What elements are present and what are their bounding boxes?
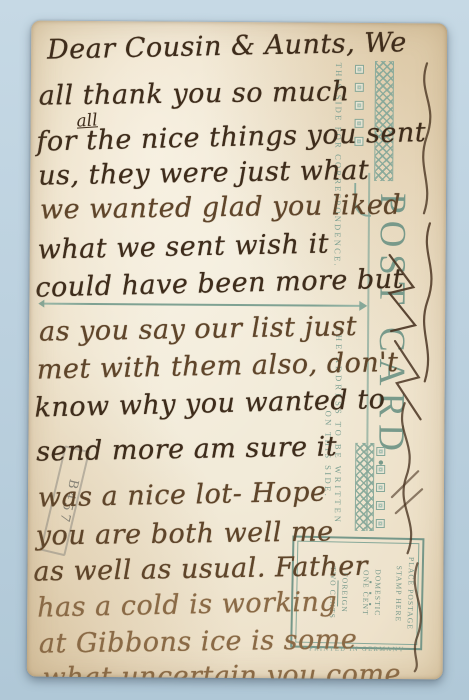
handwriting-line: as well as usual. Father [33,551,368,588]
handwriting-line: as you say our list just [39,311,357,348]
handwriting-line: what we sent wish it [37,229,329,266]
handwriting-line: send more am sure it [36,431,337,467]
postcard: POST CARD. THIS SIDE FOR CORRESPONDENCE.… [27,21,448,680]
handwriting-inserted-word: all [76,110,98,131]
handwriting-line: was a nice lot- Hope [38,477,327,514]
handwriting-line: we wanted glad you liked [40,190,402,226]
handwriting-line: has a cold is working [37,586,338,623]
handwriting-line: met with them also, don't [37,347,399,386]
handwriting-line: at Gibbons ice is some [39,624,358,659]
margin-handwriting-scribble [371,41,447,673]
handwriting-line: all thank you so much [39,76,350,111]
handwriting-line: you are both well me [35,516,333,551]
photo-background: POST CARD. THIS SIDE FOR CORRESPONDENCE.… [0,0,469,700]
printed-horizontal-divider [43,303,361,307]
handwriting-line: what uncertain you come [43,659,402,680]
handwriting-line: could have been more but [35,264,404,304]
handwriting-line: us, they were just what [38,155,370,192]
handwriting-line: Dear Cousin & Aunts, We [47,27,407,66]
